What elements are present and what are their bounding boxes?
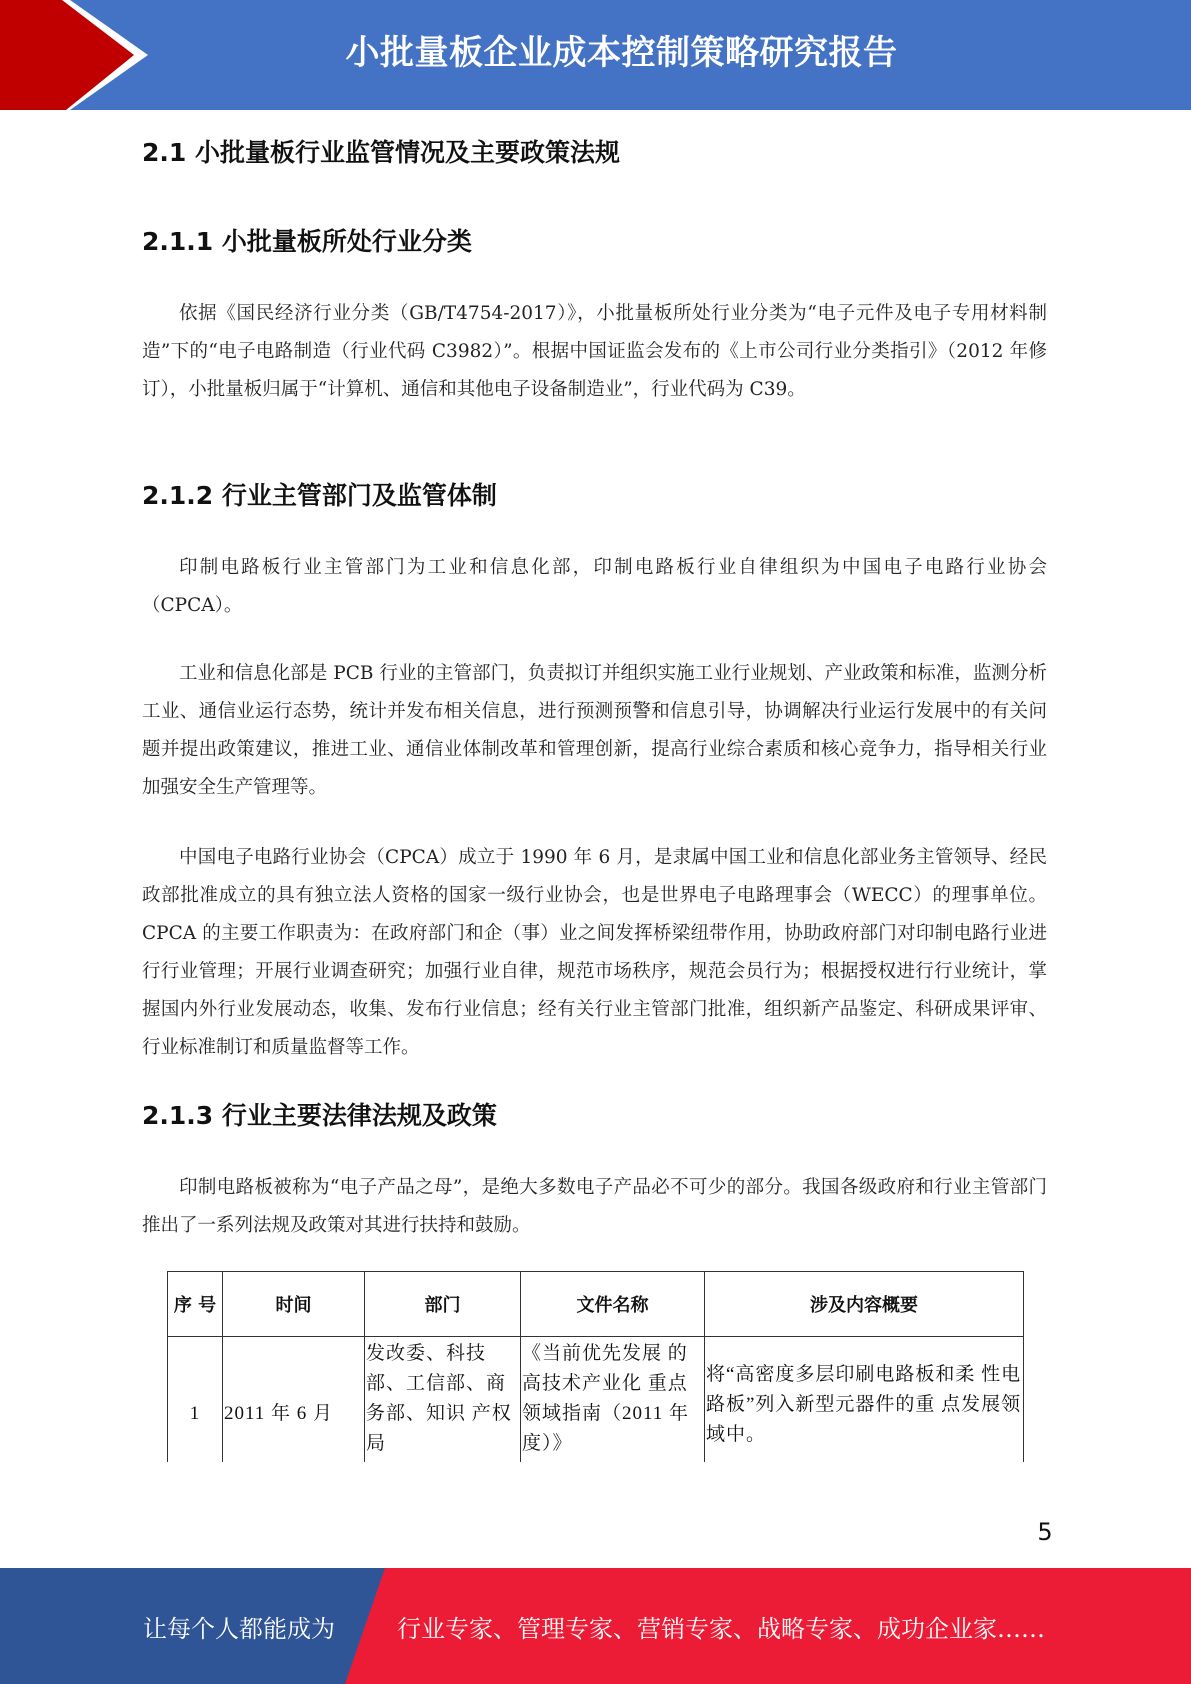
header-banner: 小批量板企业成本控制策略研究报告: [0, 0, 1191, 110]
paragraph-policy-intro: 印制电路板被称为“电子产品之母”，是绝大多数电子产品必不可少的部分。我国各级政府…: [142, 1169, 1047, 1245]
paragraph-cpca-duties: 中国电子电路行业协会（CPCA）成立于 1990 年 6 月，是隶属中国工业和信…: [142, 839, 1047, 1067]
cell-summary: 将“高密度多层印刷电路板和柔 性电路板”列入新型元器件的重 点发展领域中。: [705, 1337, 1024, 1463]
page-number: 5: [1030, 1518, 1060, 1546]
section-heading-2-1-3: 2.1.3 行业主要法律法规及政策: [142, 1096, 497, 1132]
column-header-department: 部门: [365, 1272, 521, 1337]
cell-time: 2011 年 6 月: [223, 1337, 365, 1463]
cell-number: 1: [168, 1337, 223, 1463]
footer-slogan-left: 让每个人都能成为: [143, 1609, 335, 1644]
column-header-summary: 涉及内容概要: [705, 1272, 1024, 1337]
column-header-time: 时间: [223, 1272, 365, 1337]
column-header-document: 文件名称: [521, 1272, 705, 1337]
table-row: 1 2011 年 6 月 发改委、科技部、工信部、商务部、知识 产权局 《当前优…: [168, 1337, 1024, 1463]
paragraph-miit-duties: 工业和信息化部是 PCB 行业的主管部门，负责拟订并组织实施工业行业规划、产业政…: [142, 655, 1047, 807]
footer-slogan-right: 行业专家、管理专家、营销专家、战略专家、成功企业家……: [397, 1609, 1045, 1644]
section-heading-2-1-1: 2.1.1 小批量板所处行业分类: [142, 222, 472, 258]
report-title: 小批量板企业成本控制策略研究报告: [0, 0, 1191, 110]
section-heading-2-1-2: 2.1.2 行业主管部门及监管体制: [142, 476, 497, 512]
policy-table: 序 号 时间 部门 文件名称 涉及内容概要 1 2011 年 6 月 发改委、科…: [167, 1271, 1024, 1462]
cell-document: 《当前优先发展 的高技术产业化 重点领域指南（2011 年度）》: [521, 1337, 705, 1463]
section-heading-2-1: 2.1 小批量板行业监管情况及主要政策法规: [142, 133, 620, 169]
table-header-row: 序 号 时间 部门 文件名称 涉及内容概要: [168, 1272, 1024, 1337]
paragraph-regulator-overview: 印制电路板行业主管部门为工业和信息化部，印制电路板行业自律组织为中国电子电路行业…: [142, 549, 1047, 625]
column-header-number: 序 号: [168, 1272, 223, 1337]
cell-department: 发改委、科技部、工信部、商务部、知识 产权局: [365, 1337, 521, 1463]
paragraph-industry-classification: 依据《国民经济行业分类（GB/T4754-2017）》，小批量板所处行业分类为“…: [142, 295, 1047, 409]
policy-table-container: 序 号 时间 部门 文件名称 涉及内容概要 1 2011 年 6 月 发改委、科…: [160, 1265, 1040, 1462]
